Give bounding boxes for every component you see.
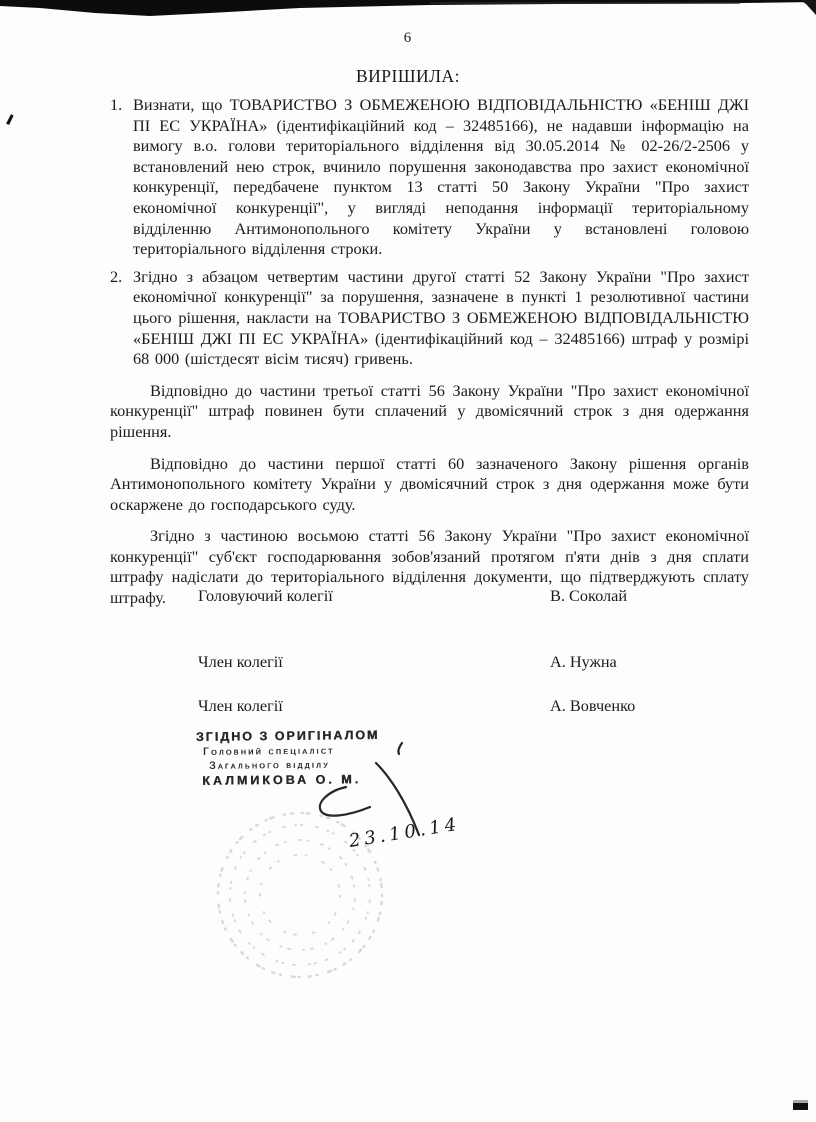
body-paragraph: Відповідно до частини першої статті 60 з…	[110, 454, 749, 516]
signature-row: Член колегії А. Вовченко	[198, 696, 680, 716]
signatory-name: В. Соколай	[550, 586, 680, 606]
scan-artifact-corner-mark	[793, 1103, 808, 1110]
resolution-item: 2. Згідно з абзацом четвертим частини др…	[110, 267, 749, 370]
body-paragraph: Відповідно до частини третьої статті 56 …	[110, 381, 749, 443]
document-page: 6 ВИРІШИЛА: 1. Визнати, що ТОВАРИСТВО З …	[0, 0, 816, 1122]
list-number: 2.	[110, 267, 133, 370]
signatory-name: А. Вовченко	[550, 696, 680, 716]
scan-artifact-margin-mark	[5, 114, 13, 126]
decision-body: 1. Визнати, що ТОВАРИСТВО З ОБМЕЖЕНОЮ ВІ…	[110, 95, 749, 609]
resolution-text: Згідно з абзацом четвертим частини друго…	[133, 267, 749, 370]
signature-role: Член колегії	[198, 652, 283, 672]
signature-row: Головуючий колегії В. Соколай	[198, 586, 680, 606]
handwritten-signature: 23.10.14	[200, 715, 530, 995]
scan-artifact-top-edge	[0, 0, 816, 24]
signature-role: Член колегії	[198, 696, 283, 716]
page-number: 6	[0, 30, 816, 47]
handwritten-date: 23.10.14	[347, 814, 462, 852]
resolution-item: 1. Визнати, що ТОВАРИСТВО З ОБМЕЖЕНОЮ ВІ…	[110, 95, 749, 260]
signature-role: Головуючий колегії	[198, 586, 333, 606]
resolution-text: Визнати, що ТОВАРИСТВО З ОБМЕЖЕНОЮ ВІДПО…	[133, 95, 749, 260]
list-number: 1.	[110, 95, 133, 260]
signature-stroke	[320, 743, 419, 835]
ink-stamp-impression	[201, 796, 398, 993]
signature-row: Член колегії А. Нужна	[198, 652, 680, 672]
signatory-name: А. Нужна	[550, 652, 680, 672]
signature-block: Головуючий колегії В. Соколай Член колег…	[198, 586, 680, 716]
decision-heading: ВИРІШИЛА:	[0, 66, 816, 87]
